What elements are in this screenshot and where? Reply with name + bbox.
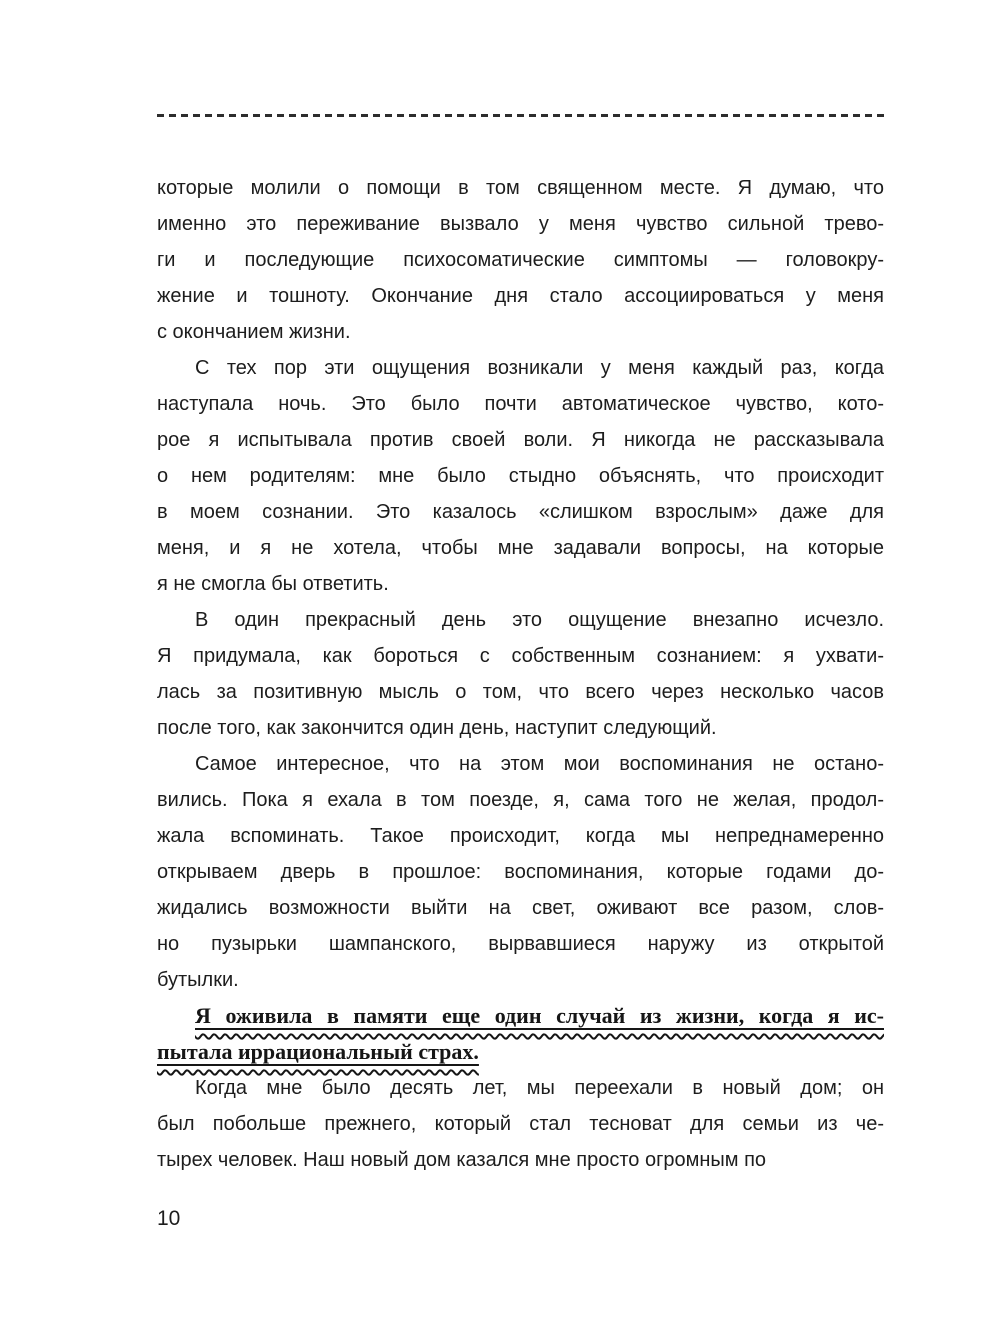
page-number: 10: [157, 1206, 180, 1232]
highlighted-passage: Я оживила в памяти еще один случай из жи…: [157, 998, 884, 1070]
text-line: Когда мне было десять лет, мы переехали …: [157, 1070, 884, 1106]
text-block: которые молили о помощи в том священном …: [157, 170, 884, 1178]
underlined-bold-text: пытала иррациональный страх.: [157, 1039, 479, 1064]
wavy-underline-text: Я оживила в памяти еще один случай из жи…: [195, 1003, 884, 1028]
text-line: жение и тошноту. Окончание дня стало асс…: [157, 278, 884, 314]
paragraph: которые молили о помощи в том священном …: [157, 170, 884, 350]
text-line: меня, и я не хотела, чтобы мне задавали …: [157, 530, 884, 566]
text-line: с окончанием жизни.: [157, 314, 884, 350]
text-line: Самое интересное, что на этом мои воспом…: [157, 746, 884, 782]
text-line: жала вспоминать. Такое происходит, когда…: [157, 818, 884, 854]
text-line: о нем родителям: мне было стыдно объясня…: [157, 458, 884, 494]
text-line: бутылки.: [157, 962, 884, 998]
paragraph: В один прекрасный день это ощущение внез…: [157, 602, 884, 746]
text-line: ги и последующие психосоматические симпт…: [157, 242, 884, 278]
text-line: был побольше прежнего, который стал тесн…: [157, 1106, 884, 1142]
wavy-underline-text: пытала иррациональный страх.: [157, 1039, 479, 1064]
text-line: я не смогла бы ответить.: [157, 566, 884, 602]
paragraph: Когда мне было десять лет, мы переехали …: [157, 1070, 884, 1178]
text-line: С тех пор эти ощущения возникали у меня …: [157, 350, 884, 386]
text-line: рое я испытывала против своей воли. Я ни…: [157, 422, 884, 458]
text-line: В один прекрасный день это ощущение внез…: [157, 602, 884, 638]
text-line: вились. Пока я ехала в том поезде, я, са…: [157, 782, 884, 818]
text-line: тырех человек. Наш новый дом казался мне…: [157, 1142, 884, 1178]
text-line: наступала ночь. Это было почти автоматич…: [157, 386, 884, 422]
text-line: именно это переживание вызвало у меня чу…: [157, 206, 884, 242]
dashed-divider: [157, 114, 884, 117]
text-line: пытала иррациональный страх.: [157, 1034, 884, 1070]
text-line: в моем сознании. Это казалось «слишком в…: [157, 494, 884, 530]
text-line: после того, как закончится один день, на…: [157, 710, 884, 746]
text-line: жидались возможности выйти на свет, ожив…: [157, 890, 884, 926]
text-line: но пузырьки шампанского, вырвавшиеся нар…: [157, 926, 884, 962]
underlined-bold-text: Я оживила в памяти еще один случай из жи…: [195, 1003, 884, 1028]
text-line: Я оживила в памяти еще один случай из жи…: [157, 998, 884, 1034]
text-line: открываем дверь в прошлое: воспоминания,…: [157, 854, 884, 890]
book-page: которые молили о помощи в том священном …: [0, 0, 1000, 1324]
paragraph: Самое интересное, что на этом мои воспом…: [157, 746, 884, 998]
text-line: которые молили о помощи в том священном …: [157, 170, 884, 206]
text-line: Я придумала, как бороться с собственным …: [157, 638, 884, 674]
text-line: лась за позитивную мысль о том, что всег…: [157, 674, 884, 710]
paragraph: С тех пор эти ощущения возникали у меня …: [157, 350, 884, 602]
